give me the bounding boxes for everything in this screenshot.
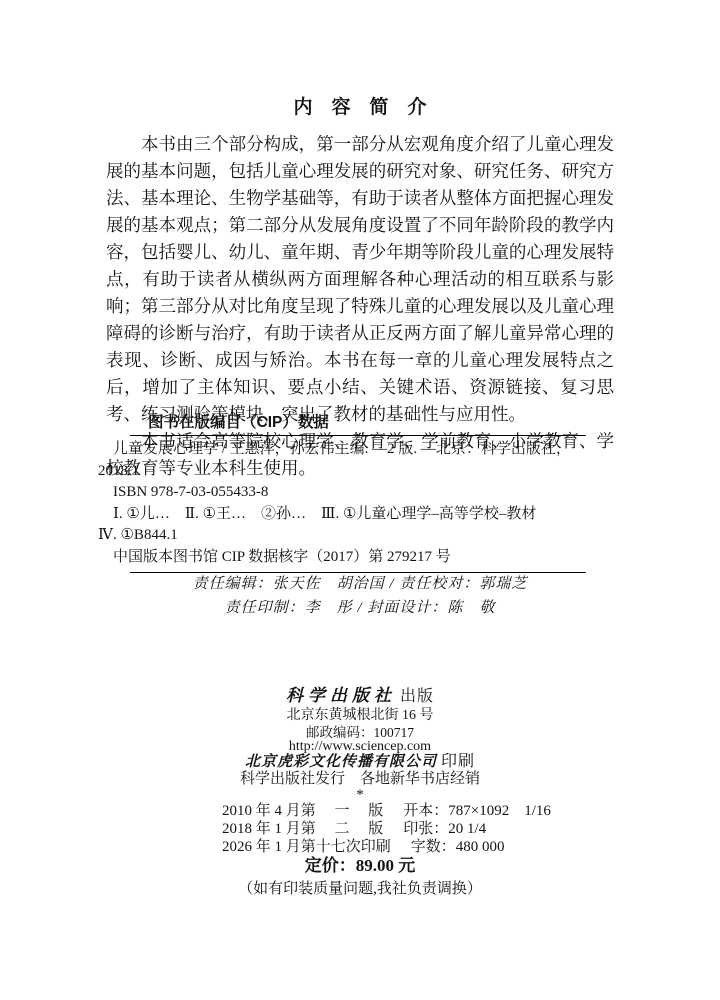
quality-note: （如有印装质量问题,我社负责调换）: [0, 881, 720, 897]
asterisk-separator: *: [0, 788, 720, 802]
format-spec: 开本：787×1092 1/16: [403, 802, 551, 820]
publisher-role: 出版: [400, 688, 434, 705]
summary-paragraph-1: 本书由三个部分构成，第一部分从宏观角度介绍了儿童心理发展的基本问题，包括儿童心理…: [106, 131, 614, 428]
cip-isbn: ISBN 978-7-03-055433-8: [98, 482, 618, 504]
print-design-line: 责任印制：李 彤 / 封面设计：陈 敬: [0, 596, 720, 620]
distribution-line: 科学出版社发行 各地新华书店经销: [0, 770, 720, 788]
price-line: 定价：89.00 元: [0, 856, 720, 876]
word-count: 字数：480 000: [411, 838, 505, 856]
cip-block: 图书在版编目（CIP）数据 儿童发展心理学 / 王惠萍，孙宏伟主编. —2 版.…: [98, 413, 618, 573]
edition-row-second: 2018 年 1 月第 二 版 印张：20 1/4: [222, 820, 551, 838]
printing-date: 2026 年 1 月第十七次印刷: [222, 838, 391, 856]
publisher-logotype: 科学出版社: [286, 686, 396, 705]
staff-credits: 责任编辑：张天佐 胡治国 / 责任校对：郭瑞芝 责任印制：李 彤 / 封面设计：…: [0, 572, 720, 620]
edition-date: 2010 年 4 月第 一 版: [222, 802, 383, 820]
edition-row-printing: 2026 年 1 月第十七次印刷 字数：480 000: [222, 838, 551, 856]
colophon: 科学出版社 出版 北京东黄城根北街 16 号 邮政编码：100717 http:…: [0, 686, 720, 802]
printer-logotype: 北京虎彩文化传播有限公司: [245, 754, 437, 770]
page-title: 内 容 简 介: [0, 97, 720, 119]
edition-row-first: 2010 年 4 月第 一 版 开本：787×1092 1/16: [222, 802, 551, 820]
cip-body: 儿童发展心理学 / 王惠萍，孙宏伟主编. —2 版. —北京：科学出版社， 20…: [98, 436, 618, 568]
postal-code: 邮政编码：100717: [0, 725, 720, 740]
cip-year-line: 2018.1: [98, 461, 618, 483]
cip-record-number: 中国版本图书馆 CIP 数据核字（2017）第 279217 号: [98, 547, 618, 569]
cip-header: 图书在版编目（CIP）数据: [148, 413, 618, 433]
edition-date: 2018 年 1 月第 二 版: [222, 820, 383, 838]
cip-class-code: Ⅳ. ①B844.1: [98, 525, 618, 547]
cip-title-line: 儿童发展心理学 / 王惠萍，孙宏伟主编. —2 版. —北京：科学出版社，: [98, 439, 618, 461]
sheets-spec: 印张：20 1/4: [403, 820, 486, 838]
printer-line: 北京虎彩文化传播有限公司 印刷: [0, 754, 720, 770]
printer-role: 印刷: [441, 753, 475, 770]
publisher-line: 科学出版社 出版: [0, 686, 720, 706]
edition-table: 2010 年 4 月第 一 版 开本：787×1092 1/16 2018 年 …: [222, 802, 551, 856]
publisher-address: 北京东黄城根北街 16 号: [0, 706, 720, 725]
publisher-website: http://www.sciencep.com: [0, 740, 720, 754]
cip-classification: Ⅰ. ①儿… Ⅱ. ①王… ②孙… Ⅲ. ①儿童心理学–高等学校–教材: [98, 504, 618, 526]
book-copyright-page: 内 容 简 介 本书由三个部分构成，第一部分从宏观角度介绍了儿童心理发展的基本问…: [0, 0, 720, 1000]
editors-line: 责任编辑：张天佐 胡治国 / 责任校对：郭瑞芝: [0, 572, 720, 596]
